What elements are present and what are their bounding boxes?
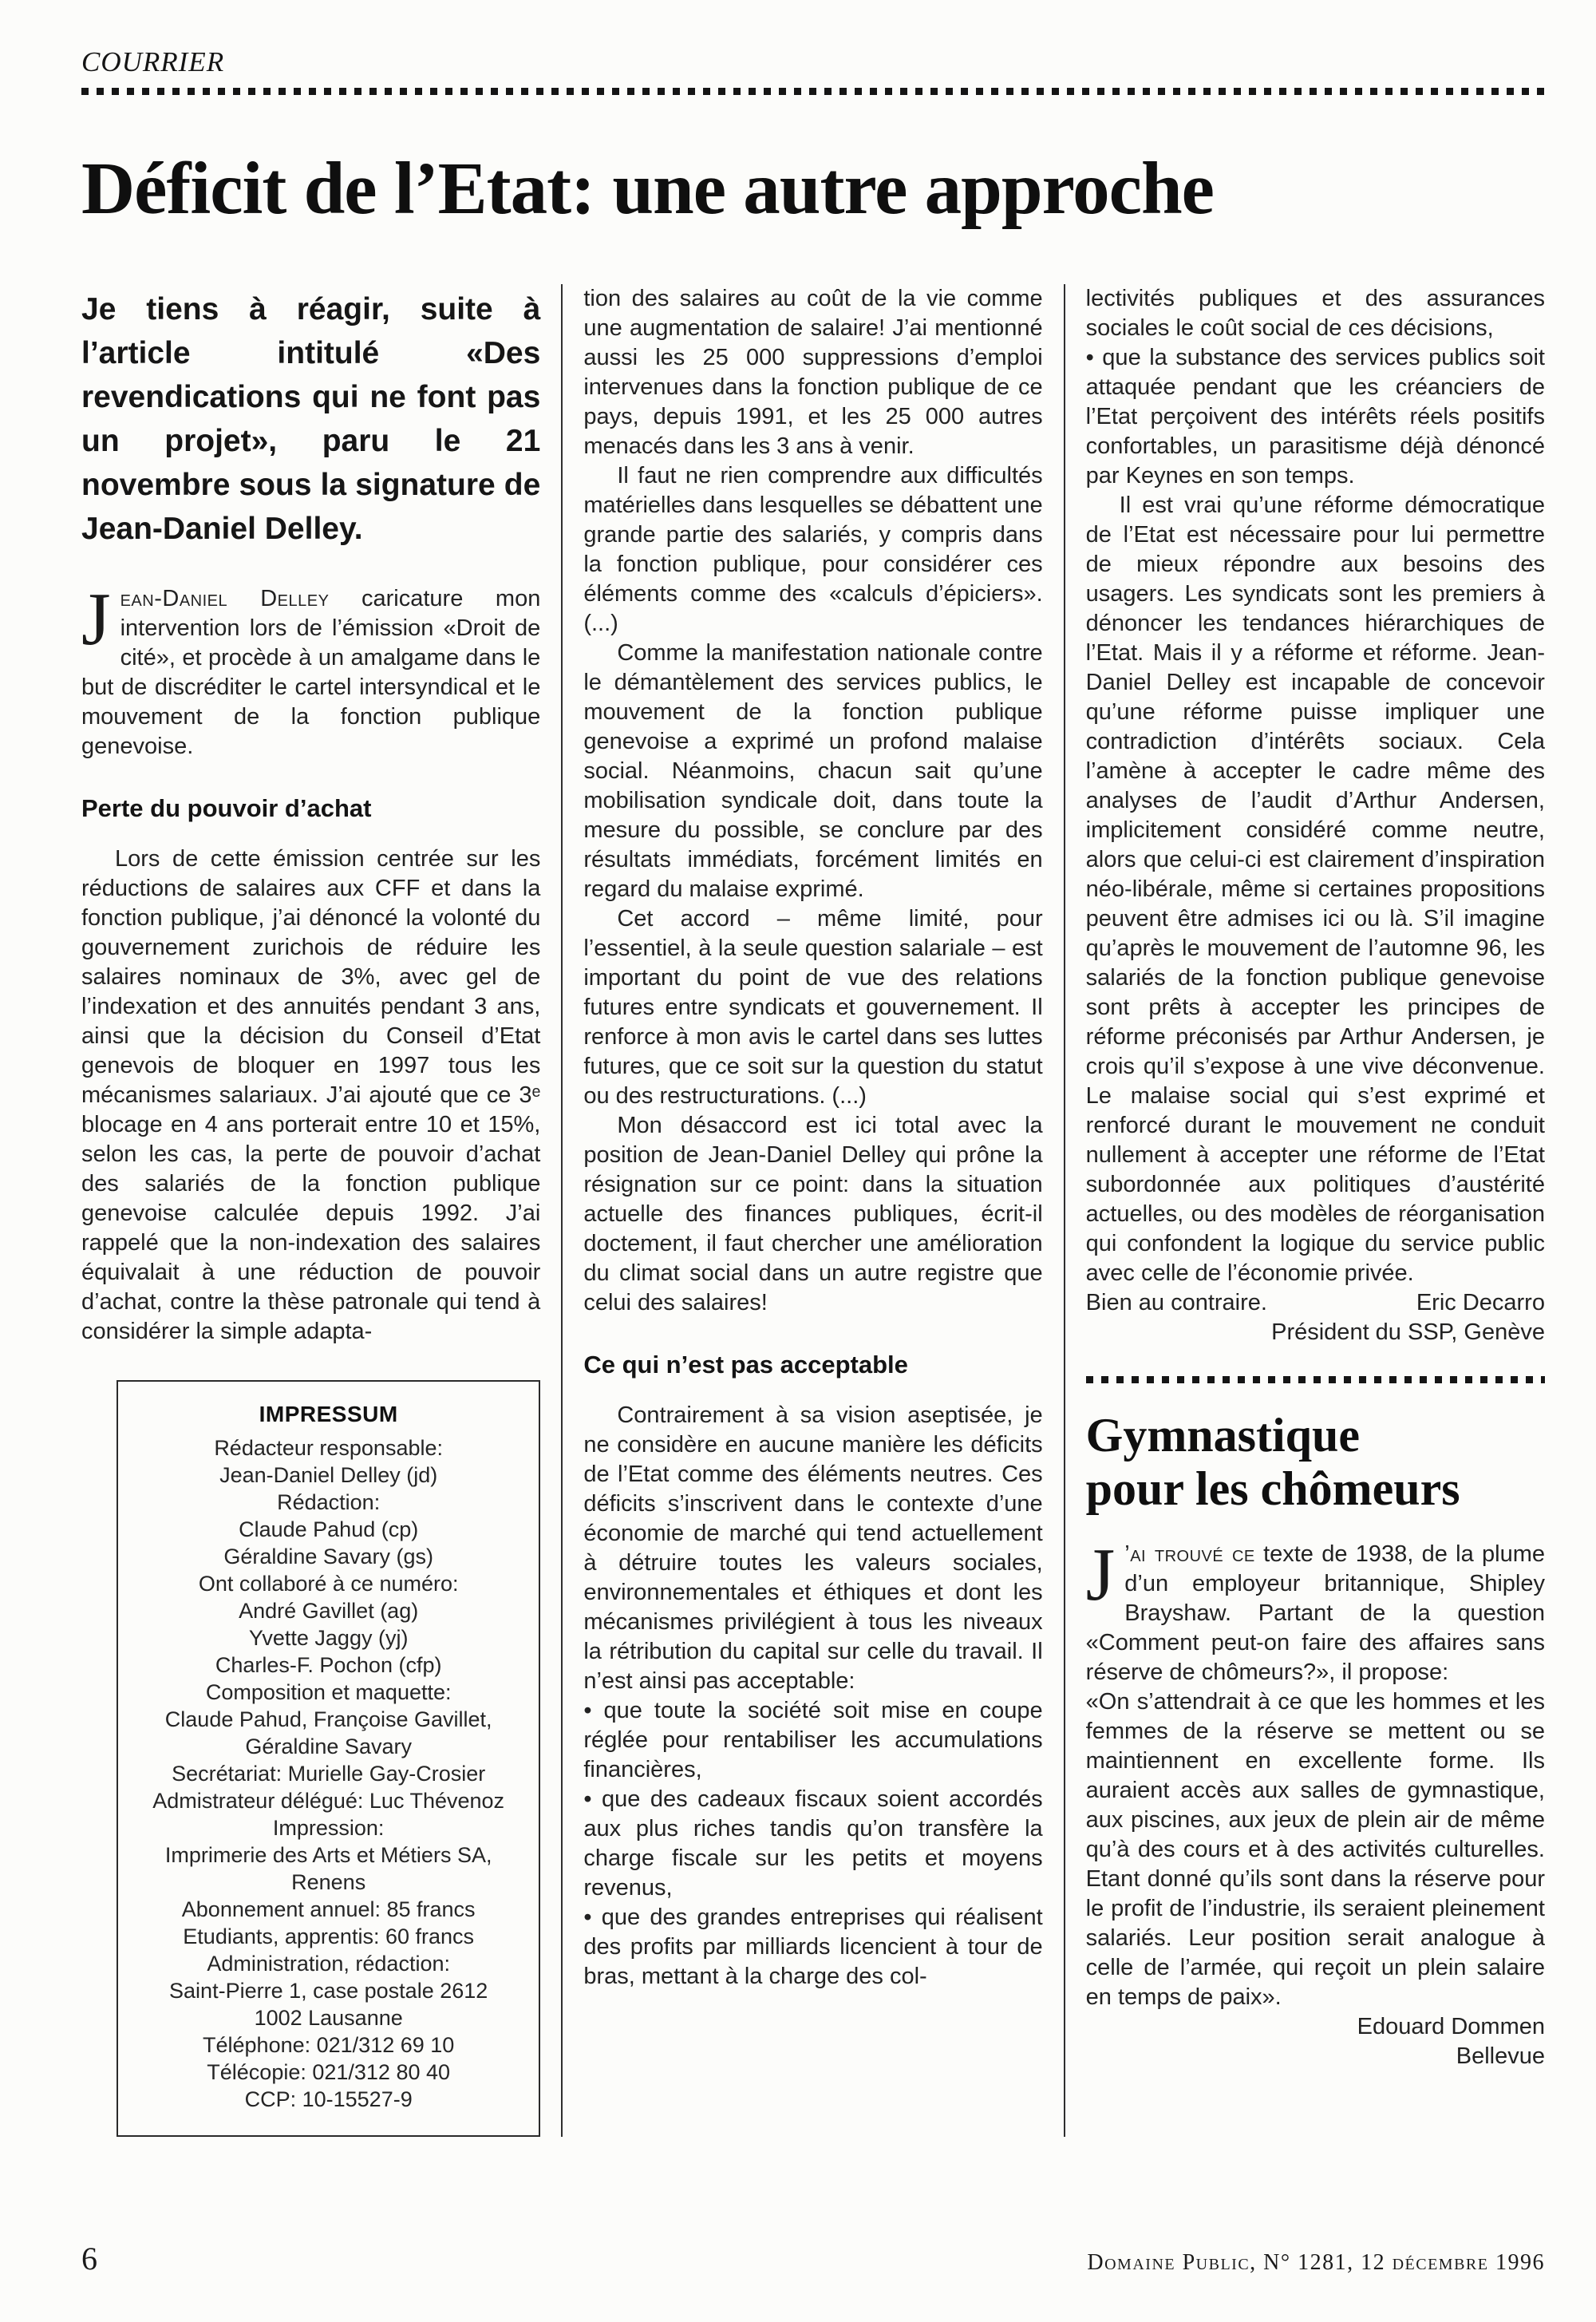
- impressum-line: Rédaction:: [128, 1489, 529, 1516]
- newspaper-page: COURRIER Déficit de l’Etat: une autre ap…: [0, 0, 1596, 2322]
- signature-name: Eric Decarro: [1416, 1288, 1545, 1318]
- article2-headline-line1: Gymnastique: [1086, 1409, 1360, 1462]
- impressum-line: Secrétariat: Murielle Gay-Crosier: [128, 1760, 529, 1787]
- impressum-line: Impression:: [128, 1814, 529, 1841]
- paragraph-text: caricature mon intervention lors de l’ém…: [81, 586, 540, 759]
- paragraph: J’ai trouvé ce texte de 1938, de la plum…: [1086, 1540, 1545, 1687]
- small-caps-lead-in: ’ai trouvé ce: [1124, 1541, 1255, 1567]
- drop-cap: J: [1086, 1540, 1125, 1604]
- impressum-line: Charles-F. Pochon (cfp): [128, 1652, 529, 1679]
- paragraph: Cet accord – même limité, pour l’essenti…: [583, 904, 1042, 1111]
- article1-columns: Je tiens à réagir, suite à l’article int…: [81, 284, 1545, 2137]
- paragraph: Contrairement à sa vision aseptisée, je …: [583, 1401, 1042, 1696]
- section-kicker: COURRIER: [81, 46, 1545, 78]
- impressum-line: Ont collaboré à ce numéro:: [128, 1570, 529, 1597]
- paragraph: Il est vrai qu’une réforme démocratique …: [1086, 491, 1545, 1288]
- impressum-line: Admistrateur délégué: Luc Thévenoz: [128, 1787, 529, 1814]
- impressum-line: Télécopie: 021/312 80 40: [128, 2059, 529, 2086]
- small-caps-name: ean-Daniel Delley: [120, 586, 330, 611]
- kicker-dotted-rule: [81, 88, 1545, 95]
- impressum-line: Jean-Daniel Delley (jd): [128, 1462, 529, 1489]
- page-number: 6: [81, 2240, 97, 2277]
- drop-cap: J: [81, 584, 120, 648]
- impressum-box: IMPRESSUM Rédacteur responsable: Jean-Da…: [117, 1380, 540, 2137]
- signature-role: Président du SSP, Genève: [1086, 1318, 1545, 1347]
- impressum-line: Rédacteur responsable:: [128, 1434, 529, 1462]
- impressum-line: Imprimerie des Arts et Métiers SA,: [128, 1841, 529, 1869]
- subhead-pas-acceptable: Ce qui n’est pas acceptable: [583, 1350, 1042, 1380]
- paragraph: tion des salaires au coût de la vie comm…: [583, 284, 1042, 461]
- impressum-line: 1002 Lausanne: [128, 2004, 529, 2031]
- impressum-line: Claude Pahud (cp): [128, 1516, 529, 1543]
- article-divider-dotted-rule: [1086, 1376, 1545, 1383]
- paragraph-tail: Bien au contraire.: [1086, 1288, 1267, 1318]
- signature-row: Bien au contraire. Eric Decarro: [1086, 1288, 1545, 1318]
- issue-line: Domaine Public, N° 1281, 12 décembre 199…: [1087, 2250, 1545, 2276]
- impressum-line: Abonnement annuel: 85 francs: [128, 1896, 529, 1923]
- impressum-line: Claude Pahud, Françoise Gavillet,: [128, 1706, 529, 1733]
- bullet-item: • que des cadeaux fiscaux soient accordé…: [583, 1785, 1042, 1903]
- impressum-line: Etudiants, apprentis: 60 francs: [128, 1923, 529, 1950]
- impressum-line: CCP: 10-15527-9: [128, 2086, 529, 2113]
- column-left: Je tiens à réagir, suite à l’article int…: [81, 284, 563, 2137]
- impressum-line: Administration, rédaction:: [128, 1950, 529, 1977]
- bullet-item: • que des grandes entreprises qui réalis…: [583, 1903, 1042, 1992]
- paragraph: «On s’attendrait à ce que les hommes et …: [1086, 1687, 1545, 2012]
- column-right: lectivités publiques et des assurances s…: [1065, 284, 1545, 2137]
- paragraph: Jean-Daniel Delley caricature mon interv…: [81, 584, 540, 761]
- subhead-perte-pouvoir-achat: Perte du pouvoir d’achat: [81, 793, 540, 824]
- paragraph: Lors de cette émission centrée sur les r…: [81, 845, 540, 1347]
- paragraph: Il faut ne rien comprendre aux difficult…: [583, 461, 1042, 639]
- impressum-line: André Gavillet (ag): [128, 1597, 529, 1624]
- bullet-item: • que la substance des services publics …: [1086, 343, 1545, 491]
- bullet-item: • que toute la société soit mise en coup…: [583, 1696, 1042, 1785]
- page-content: COURRIER Déficit de l’Etat: une autre ap…: [81, 46, 1545, 2137]
- column-middle: tion des salaires au coût de la vie comm…: [563, 284, 1065, 2137]
- article1-headline: Déficit de l’Etat: une autre approche: [81, 146, 1545, 231]
- signature-name: Edouard Dommen: [1086, 2012, 1545, 2042]
- impressum-line: Yvette Jaggy (yj): [128, 1624, 529, 1652]
- article2-headline-line2: pour les chômeurs: [1086, 1462, 1460, 1515]
- paragraph: Mon désaccord est ici total avec la posi…: [583, 1111, 1042, 1318]
- lead-paragraph: Je tiens à réagir, suite à l’article int…: [81, 287, 540, 551]
- article2-headline: Gymnastique pour les chômeurs: [1086, 1409, 1545, 1516]
- impressum-line: Composition et maquette:: [128, 1679, 529, 1706]
- page-footer: 6 Domaine Public, N° 1281, 12 décembre 1…: [81, 2240, 1545, 2277]
- impressum-line: Saint-Pierre 1, case postale 2612: [128, 1977, 529, 2004]
- signature-place: Bellevue: [1086, 2042, 1545, 2071]
- impressum-line: Renens: [128, 1869, 529, 1896]
- paragraph: Comme la manifestation nationale contre …: [583, 639, 1042, 904]
- impressum-line: Téléphone: 021/312 69 10: [128, 2031, 529, 2059]
- paragraph: lectivités publiques et des assurances s…: [1086, 284, 1545, 343]
- impressum-line: Géraldine Savary: [128, 1733, 529, 1760]
- impressum-line: Géraldine Savary (gs): [128, 1543, 529, 1570]
- impressum-title: IMPRESSUM: [128, 1401, 529, 1428]
